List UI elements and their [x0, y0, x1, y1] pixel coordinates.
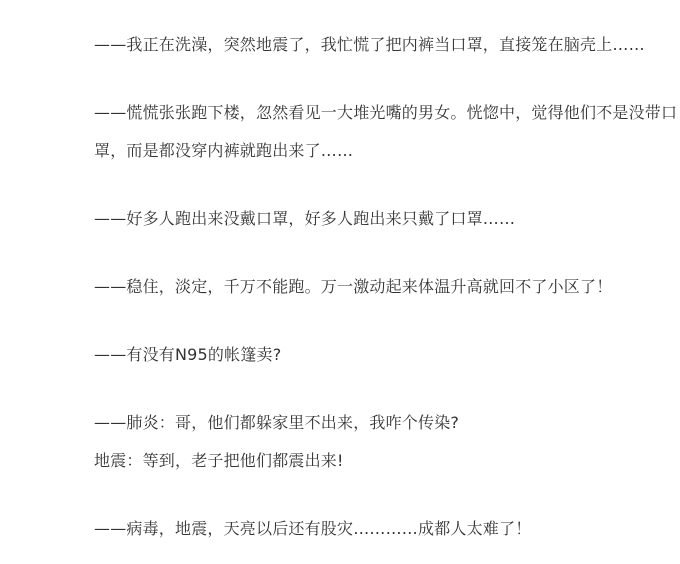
joke-line-dialog-pneumonia: ——肺炎：哥，他们都躲家里不出来，我咋个传染? [94, 404, 650, 442]
joke-line: ——好多人跑出来没戴口罩，好多人跑出来只戴了口罩…… [94, 200, 650, 238]
joke-paragraph-7: ——病毒，地震，天亮以后还有股灾…………成都人太难了！ [94, 510, 650, 548]
joke-line: ——慌慌张张跑下楼，忽然看见一大堆光嘴的男女。恍惚中，觉得他们不是没带口 [94, 94, 650, 132]
joke-line-continuation: 罩，而是都没穿内裤就跑出来了…… [94, 132, 650, 170]
joke-line-dialog-earthquake: 地震：等到，老子把他们都震出来! [94, 442, 650, 480]
joke-paragraph-5: ——有没有N95的帐篷卖? [94, 336, 650, 374]
joke-paragraph-4: ——稳住，淡定，千万不能跑。万一激动起来体温升高就回不了小区了！ [94, 268, 650, 306]
joke-paragraph-1: ——我正在洗澡，突然地震了，我忙慌了把内裤当口罩，直接笼在脑壳上…… [94, 26, 650, 64]
joke-paragraph-3: ——好多人跑出来没戴口罩，好多人跑出来只戴了口罩…… [94, 200, 650, 238]
joke-line: ——病毒，地震，天亮以后还有股灾…………成都人太难了！ [94, 510, 650, 548]
document-page: ——我正在洗澡，突然地震了，我忙慌了把内裤当口罩，直接笼在脑壳上…… ——慌慌张… [0, 0, 680, 564]
joke-paragraph-6: ——肺炎：哥，他们都躲家里不出来，我咋个传染? 地震：等到，老子把他们都震出来! [94, 404, 650, 480]
joke-line: ——我正在洗澡，突然地震了，我忙慌了把内裤当口罩，直接笼在脑壳上…… [94, 26, 650, 64]
joke-line: ——有没有N95的帐篷卖? [94, 336, 650, 374]
joke-line: ——稳住，淡定，千万不能跑。万一激动起来体温升高就回不了小区了！ [94, 268, 650, 306]
joke-paragraph-2: ——慌慌张张跑下楼，忽然看见一大堆光嘴的男女。恍惚中，觉得他们不是没带口 罩，而… [94, 94, 650, 170]
